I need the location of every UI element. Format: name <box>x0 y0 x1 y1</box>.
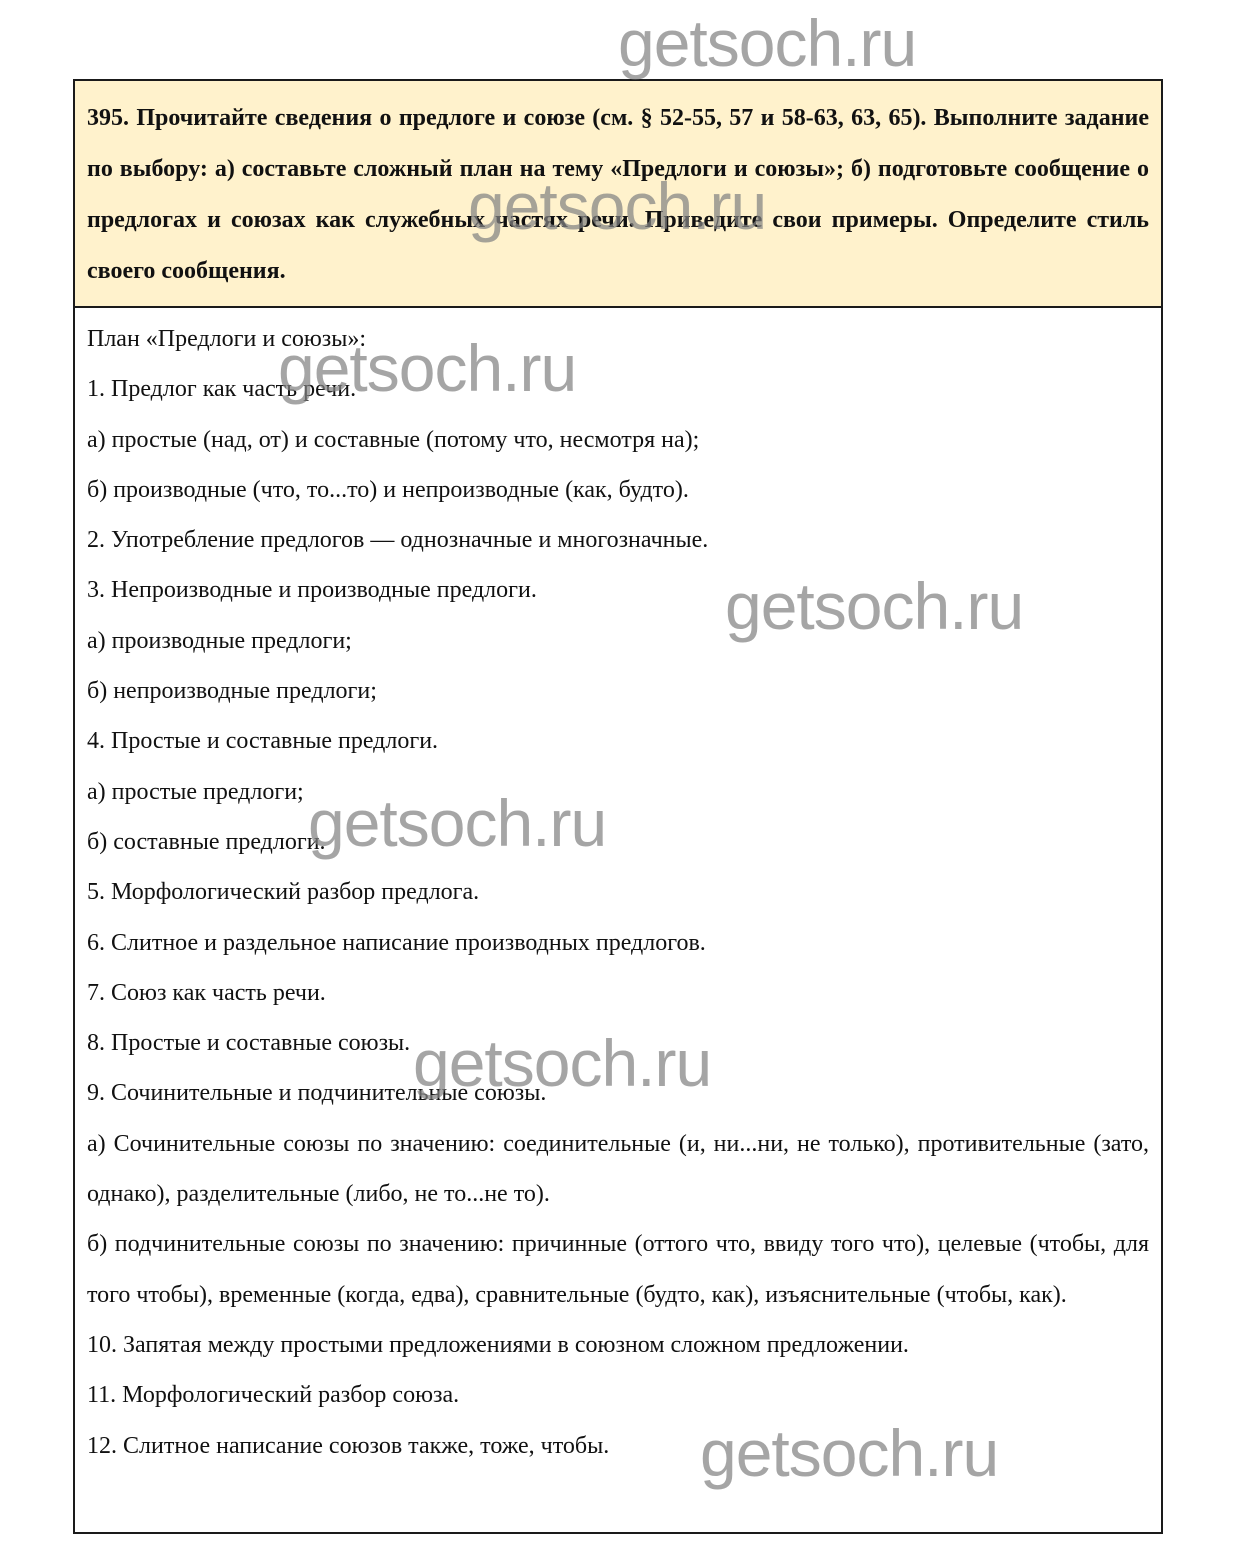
plan-line: 3. Непроизводные и производные предлоги. <box>87 565 1149 615</box>
plan-line: 9. Сочинительные и подчинительные союзы. <box>87 1068 1149 1118</box>
task-text: Прочитайте сведения о предлоге и союзе (… <box>87 105 1149 284</box>
task-block: 395. Прочитайте сведения о предлоге и со… <box>75 81 1161 308</box>
plan-line: б) производные (что, то...то) и непроизв… <box>87 465 1149 515</box>
answer-block: План «Предлоги и союзы»: 1. Предлог как … <box>75 308 1161 1471</box>
plan-line: б) составные предлоги. <box>87 817 1149 867</box>
plan-line: а) производные предлоги; <box>87 616 1149 666</box>
plan-line: 1. Предлог как часть речи. <box>87 364 1149 414</box>
plan-line: 4. Простые и составные предлоги. <box>87 716 1149 766</box>
exercise-card: 395. Прочитайте сведения о предлоге и со… <box>73 79 1163 1534</box>
plan-line: 7. Союз как часть речи. <box>87 968 1149 1018</box>
plan-line: 6. Слитное и раздельное написание произв… <box>87 918 1149 968</box>
plan-line: а) Сочинительные союзы по значению: соед… <box>87 1119 1149 1220</box>
plan-line: 10. Запятая между простыми предложениями… <box>87 1320 1149 1370</box>
plan-line: а) простые (над, от) и составные (потому… <box>87 415 1149 465</box>
plan-line: а) простые предлоги; <box>87 767 1149 817</box>
answer-title: План «Предлоги и союзы»: <box>87 314 1149 364</box>
plan-line: 2. Употребление предлогов — однозначные … <box>87 515 1149 565</box>
plan-line: б) непроизводные предлоги; <box>87 666 1149 716</box>
plan-line: 8. Простые и составные союзы. <box>87 1018 1149 1068</box>
plan-line: б) подчинительные союзы по значению: при… <box>87 1219 1149 1320</box>
watermark: getsoch.ru <box>618 5 916 81</box>
plan-line: 5. Морфологический разбор предлога. <box>87 867 1149 917</box>
plan-line: 12. Слитное написание союзов также, тоже… <box>87 1421 1149 1471</box>
task-number: 395. <box>87 105 129 131</box>
plan-line: 11. Морфологический разбор союза. <box>87 1370 1149 1420</box>
